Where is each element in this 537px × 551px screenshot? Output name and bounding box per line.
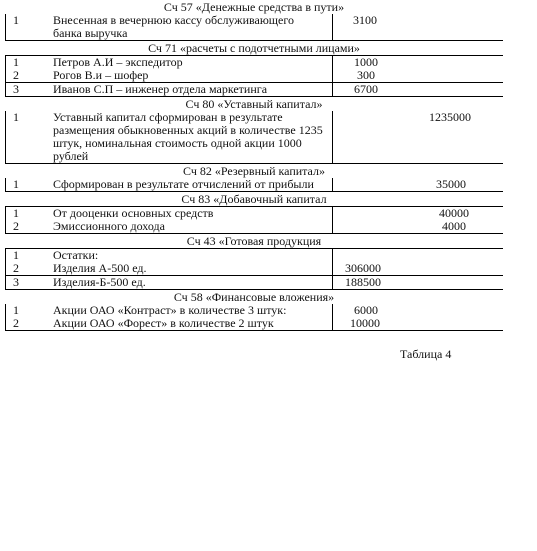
row-amount-cell: 6700 [333, 83, 503, 96]
row-description: Изделия А-500 ед. [53, 262, 333, 275]
section-heading: Сч 58 «Финансовые вложения» [5, 290, 503, 304]
table-row: 1Внесенная в вечернюю кассу обслуживающе… [5, 14, 503, 40]
section-heading: Сч 43 «Готовая продукция [5, 234, 503, 248]
section-body: 1Петров А.И – экспедитор10002Рогов В.и –… [5, 55, 503, 97]
table-row: 2Изделия А-500 ед.306000 [5, 262, 503, 275]
row-amount-cell: 10000 [333, 317, 503, 330]
row-amount-cell: 3100 [333, 14, 503, 40]
row-number: 2 [5, 262, 53, 275]
section-body: 1Внесенная в вечернюю кассу обслуживающе… [5, 14, 503, 41]
row-description: Рогов В.и – шофер [53, 69, 333, 82]
row-number: 2 [5, 317, 53, 330]
section-heading: Сч 80 «Уставный капитал» [5, 97, 503, 111]
table-caption: Таблица 4 [400, 348, 451, 361]
row-description: Внесенная в вечернюю кассу обслуживающег… [53, 14, 333, 40]
table-row: 2Эмиссионного дохода4000 [5, 220, 503, 233]
accounts-table: Сч 57 «Денежные средства в пути»1Внесенн… [5, 0, 503, 331]
row-number: 3 [5, 276, 53, 289]
table-row: 2Рогов В.и – шофер300 [5, 69, 503, 82]
row-amount-cell: 306000 [333, 262, 503, 275]
row-amount-cell: 4000 [333, 220, 503, 233]
row-amount-cell: 35000 [333, 178, 503, 191]
row-amount-cell: 188500 [333, 276, 503, 289]
section-body: 1Уставный капитал сформирован в результа… [5, 111, 503, 164]
row-number: 2 [5, 220, 53, 233]
row-number: 1 [5, 14, 53, 40]
row-amount: 35000 [436, 178, 466, 191]
row-description: Акции ОАО «Форест» в количестве 2 штук [53, 317, 333, 330]
row-number: 1 [5, 178, 53, 191]
row-amount: 4000 [442, 220, 466, 233]
table-row: 3Изделия-Б-500 ед.188500 [5, 275, 503, 289]
row-number: 3 [5, 83, 53, 96]
section-heading: Сч 71 «расчеты с подотчетными лицами» [5, 41, 503, 55]
section-body: 1От дооценки основных средств400002Эмисс… [5, 206, 503, 234]
row-amount: 306000 [345, 262, 381, 275]
row-amount: 6700 [354, 83, 378, 96]
section-heading: Сч 83 «Добавочный капитал [5, 192, 503, 206]
row-description: Уставный капитал сформирован в результат… [53, 111, 333, 163]
row-amount-cell: 40000 [333, 207, 503, 220]
row-amount: 10000 [350, 317, 380, 330]
section-body: 1Остатки:2Изделия А-500 ед.3060003Издели… [5, 248, 503, 290]
table-row: 3Иванов С.П – инженер отдела маркетинга6… [5, 82, 503, 96]
table-row: 1Уставный капитал сформирован в результа… [5, 111, 503, 163]
row-amount-cell: 1235000 [333, 111, 503, 163]
row-description: Эмиссионного дохода [53, 220, 333, 233]
row-number: 2 [5, 69, 53, 82]
section-body: 1Сформирован в результате отчислений от … [5, 178, 503, 192]
section-body: 1Акции ОАО «Контраст» в количестве 3 шту… [5, 304, 503, 331]
row-amount: 1235000 [429, 111, 471, 124]
row-description: Иванов С.П – инженер отдела маркетинга [53, 83, 333, 96]
table-row: 2Акции ОАО «Форест» в количестве 2 штук1… [5, 317, 503, 330]
row-amount: 188500 [345, 276, 381, 289]
row-amount: 300 [357, 69, 375, 82]
row-description: Изделия-Б-500 ед. [53, 276, 333, 289]
table-row: 1Сформирован в результате отчислений от … [5, 178, 503, 191]
row-amount: 3100 [353, 14, 377, 27]
row-amount-cell: 300 [333, 69, 503, 82]
section-heading: Сч 57 «Денежные средства в пути» [5, 0, 503, 14]
row-description: Сформирован в результате отчислений от п… [53, 178, 333, 191]
section-heading: Сч 82 «Резервный капитал» [5, 164, 503, 178]
row-number: 1 [5, 111, 53, 163]
